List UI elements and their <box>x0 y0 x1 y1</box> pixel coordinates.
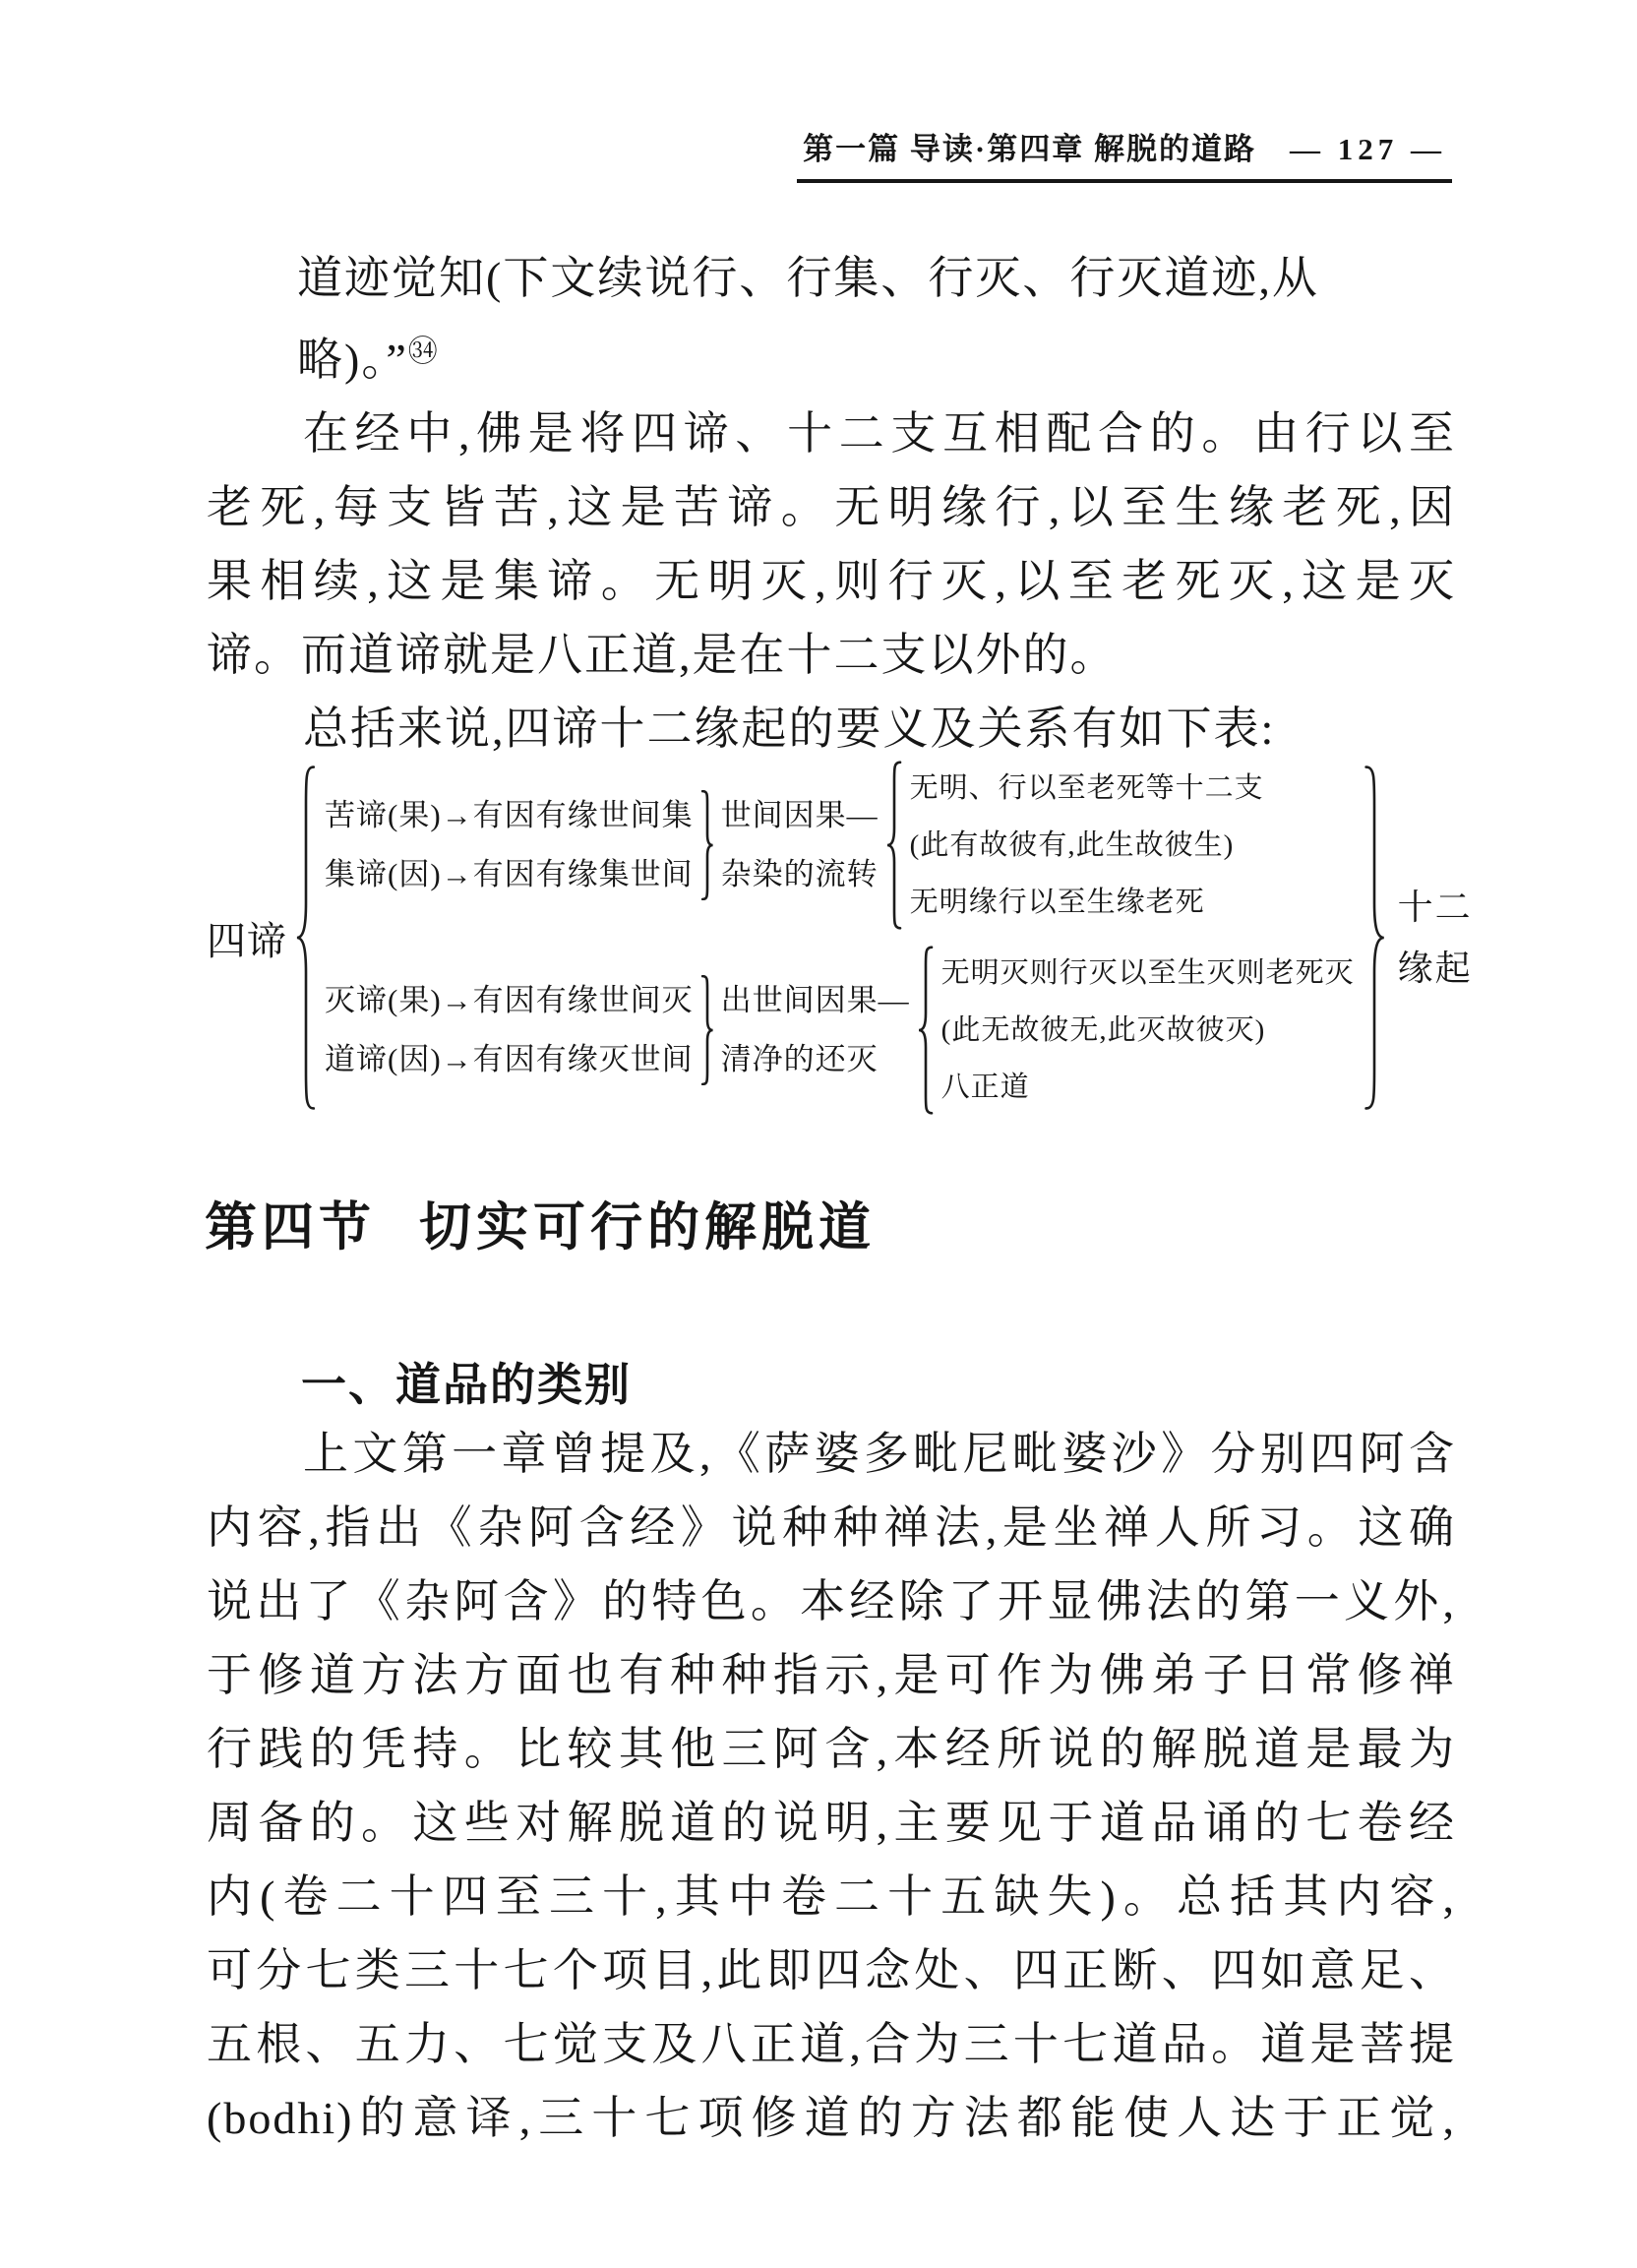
diagram-row: 清净的还灭 <box>721 1030 910 1089</box>
quote-end: 略)。” <box>297 335 408 385</box>
text-line: 老死,每支皆苦,这是苦谛。无明缘行,以至生缘老死,因 <box>207 470 1456 544</box>
worldly-items: 无明、行以至老死等十二支 (此有故彼有,此生故彼生) 无明缘行以至生缘老死 <box>910 760 1264 931</box>
section-title: 切实可行的解脱道 <box>419 1199 876 1257</box>
text-line: 谛。而道谛就是八正道,是在十二支以外的。 <box>207 618 1456 692</box>
transcendent-items: 无明灭则行灭以至生灭则老死灭 (此无故彼无,此灭故彼灭) 八正道 <box>941 945 1355 1116</box>
diagram-row: (此无故彼无,此灭故彼灭) <box>941 1002 1355 1059</box>
diagram-row: 苦谛(果)→有因有缘世间集 <box>325 786 694 845</box>
transcendent-group: 灭谛(果)→有因有缘世间灭 道谛(因)→有因有缘灭世间 出世间因果— 清净的还灭… <box>325 945 1355 1116</box>
subsection-heading: 一、道品的类别 <box>301 1356 632 1415</box>
paragraph-table-intro: 总括来说,四谛十二缘起的要义及关系有如下表: <box>207 692 1456 766</box>
running-head-rule: 第一篇 导读·第四章 解脱的道路— 127 — <box>797 132 1452 183</box>
large-close-brace <box>1361 764 1388 1112</box>
diagram-row: 十二 <box>1398 877 1473 938</box>
transcendent-pairs: 灭谛(果)→有因有缘世间灭 道谛(因)→有因有缘灭世间 <box>325 971 694 1089</box>
diagram-row: (此有故彼有,此生故彼生) <box>910 817 1264 874</box>
diagram-row: 无明缘行以至生缘老死 <box>910 874 1264 931</box>
small-close-brace <box>699 790 715 900</box>
transcendent-result: 出世间因果— 清净的还灭 <box>721 971 910 1089</box>
page-number: — 127 — <box>1290 132 1446 166</box>
text-line: 上文第一章曾提及,《萨婆多毗尼毗婆沙》分别四阿含 <box>207 1417 1456 1491</box>
diagram-row: 集谛(因)→有因有缘集世间 <box>325 845 694 904</box>
worldly-pairs: 苦谛(果)→有因有缘世间集 集谛(因)→有因有缘集世间 <box>325 786 694 904</box>
text-line: 于修道方法方面也有种种指示,是可作为佛弟子日常修禅 <box>207 1638 1456 1712</box>
text-line: 周备的。这些对解脱道的说明,主要见于道品诵的七卷经 <box>207 1786 1456 1860</box>
book-page: 第一篇 导读·第四章 解脱的道路— 127 — 道迹觉知(下文续说行、行集、行灭… <box>0 0 1637 2268</box>
section-heading: 第四节切实可行的解脱道 <box>205 1193 876 1263</box>
four-truths-diagram: 四谛 苦谛(果)→有因有缘世间集 集谛(因)→有因有缘集世间 世间因果— 杂染的… <box>207 760 1505 1116</box>
text-line: 略)。”㉞ <box>297 315 1456 397</box>
twelve-links-label: 十二 缘起 <box>1398 877 1473 999</box>
text-line: 总括来说,四谛十二缘起的要义及关系有如下表: <box>207 692 1456 766</box>
paragraph-dao-pin: 上文第一章曾提及,《萨婆多毗尼毗婆沙》分别四阿含 内容,指出《杂阿含经》说种种禅… <box>207 1417 1456 2155</box>
diagram-row: 出世间因果— <box>721 971 910 1030</box>
large-open-brace <box>293 764 319 1112</box>
medium-open-brace <box>916 946 936 1115</box>
text-line: 说出了《杂阿含》的特色。本经除了开显佛法的第一义外, <box>207 1564 1456 1638</box>
text-line: (bodhi)的意译,三十七项修道的方法都能使人达于正觉, <box>207 2081 1456 2155</box>
quote-block: 道迹觉知(下文续说行、行集、行灭、行灭道迹,从 略)。”㉞ <box>297 241 1456 397</box>
worldly-group: 苦谛(果)→有因有缘世间集 集谛(因)→有因有缘集世间 世间因果— 杂染的流转 … <box>325 760 1355 931</box>
diagram-main: 苦谛(果)→有因有缘世间集 集谛(因)→有因有缘集世间 世间因果— 杂染的流转 … <box>325 760 1355 1116</box>
text-line: 道迹觉知(下文续说行、行集、行灭、行灭道迹,从 <box>297 241 1456 315</box>
diagram-row: 杂染的流转 <box>721 845 879 904</box>
paragraph-four-truths: 在经中,佛是将四谛、十二支互相配合的。由行以至 老死,每支皆苦,这是苦谛。无明缘… <box>207 397 1456 692</box>
text-line: 可分七类三十七个项目,此即四念处、四正断、四如意足、 <box>207 1933 1456 2007</box>
text-line: 果相续,这是集谛。无明灭,则行灭,以至老死灭,这是灭 <box>207 544 1456 618</box>
diagram-row: 道谛(因)→有因有缘灭世间 <box>325 1030 694 1089</box>
upper-text-block: 道迹觉知(下文续说行、行集、行灭、行灭道迹,从 略)。”㉞ 在经中,佛是将四谛、… <box>207 241 1456 766</box>
footnote-marker: ㉞ <box>408 336 438 368</box>
diagram-row: 无明灭则行灭以至生灭则老死灭 <box>941 945 1355 1002</box>
text-line: 内容,指出《杂阿含经》说种种禅法,是坐禅人所习。这确 <box>207 1491 1456 1564</box>
medium-open-brace <box>884 761 904 930</box>
text-line: 行践的凭持。比较其他三阿含,本经所说的解脱道是最为 <box>207 1712 1456 1786</box>
diagram-root-label: 四谛 <box>207 910 287 966</box>
diagram-row: 世间因果— <box>721 786 879 845</box>
running-head-title: 第一篇 导读·第四章 解脱的道路 <box>803 132 1256 166</box>
text-line: 内(卷二十四至三十,其中卷二十五缺失)。总括其内容, <box>207 1860 1456 1933</box>
diagram-row: 缘起 <box>1398 938 1473 999</box>
diagram-row: 无明、行以至老死等十二支 <box>910 760 1264 817</box>
running-head: 第一篇 导读·第四章 解脱的道路— 127 — <box>207 132 1452 183</box>
text-line: 五根、五力、七觉支及八正道,合为三十七道品。道是菩提 <box>207 2007 1456 2081</box>
worldly-result: 世间因果— 杂染的流转 <box>721 786 879 904</box>
diagram-row: 灭谛(果)→有因有缘世间灭 <box>325 971 694 1030</box>
text-line: 在经中,佛是将四谛、十二支互相配合的。由行以至 <box>207 397 1456 470</box>
lower-text-block: 上文第一章曾提及,《萨婆多毗尼毗婆沙》分别四阿含 内容,指出《杂阿含经》说种种禅… <box>207 1417 1456 2155</box>
section-number: 第四节 <box>205 1199 376 1257</box>
small-close-brace <box>699 975 715 1085</box>
diagram-row: 八正道 <box>941 1059 1355 1116</box>
